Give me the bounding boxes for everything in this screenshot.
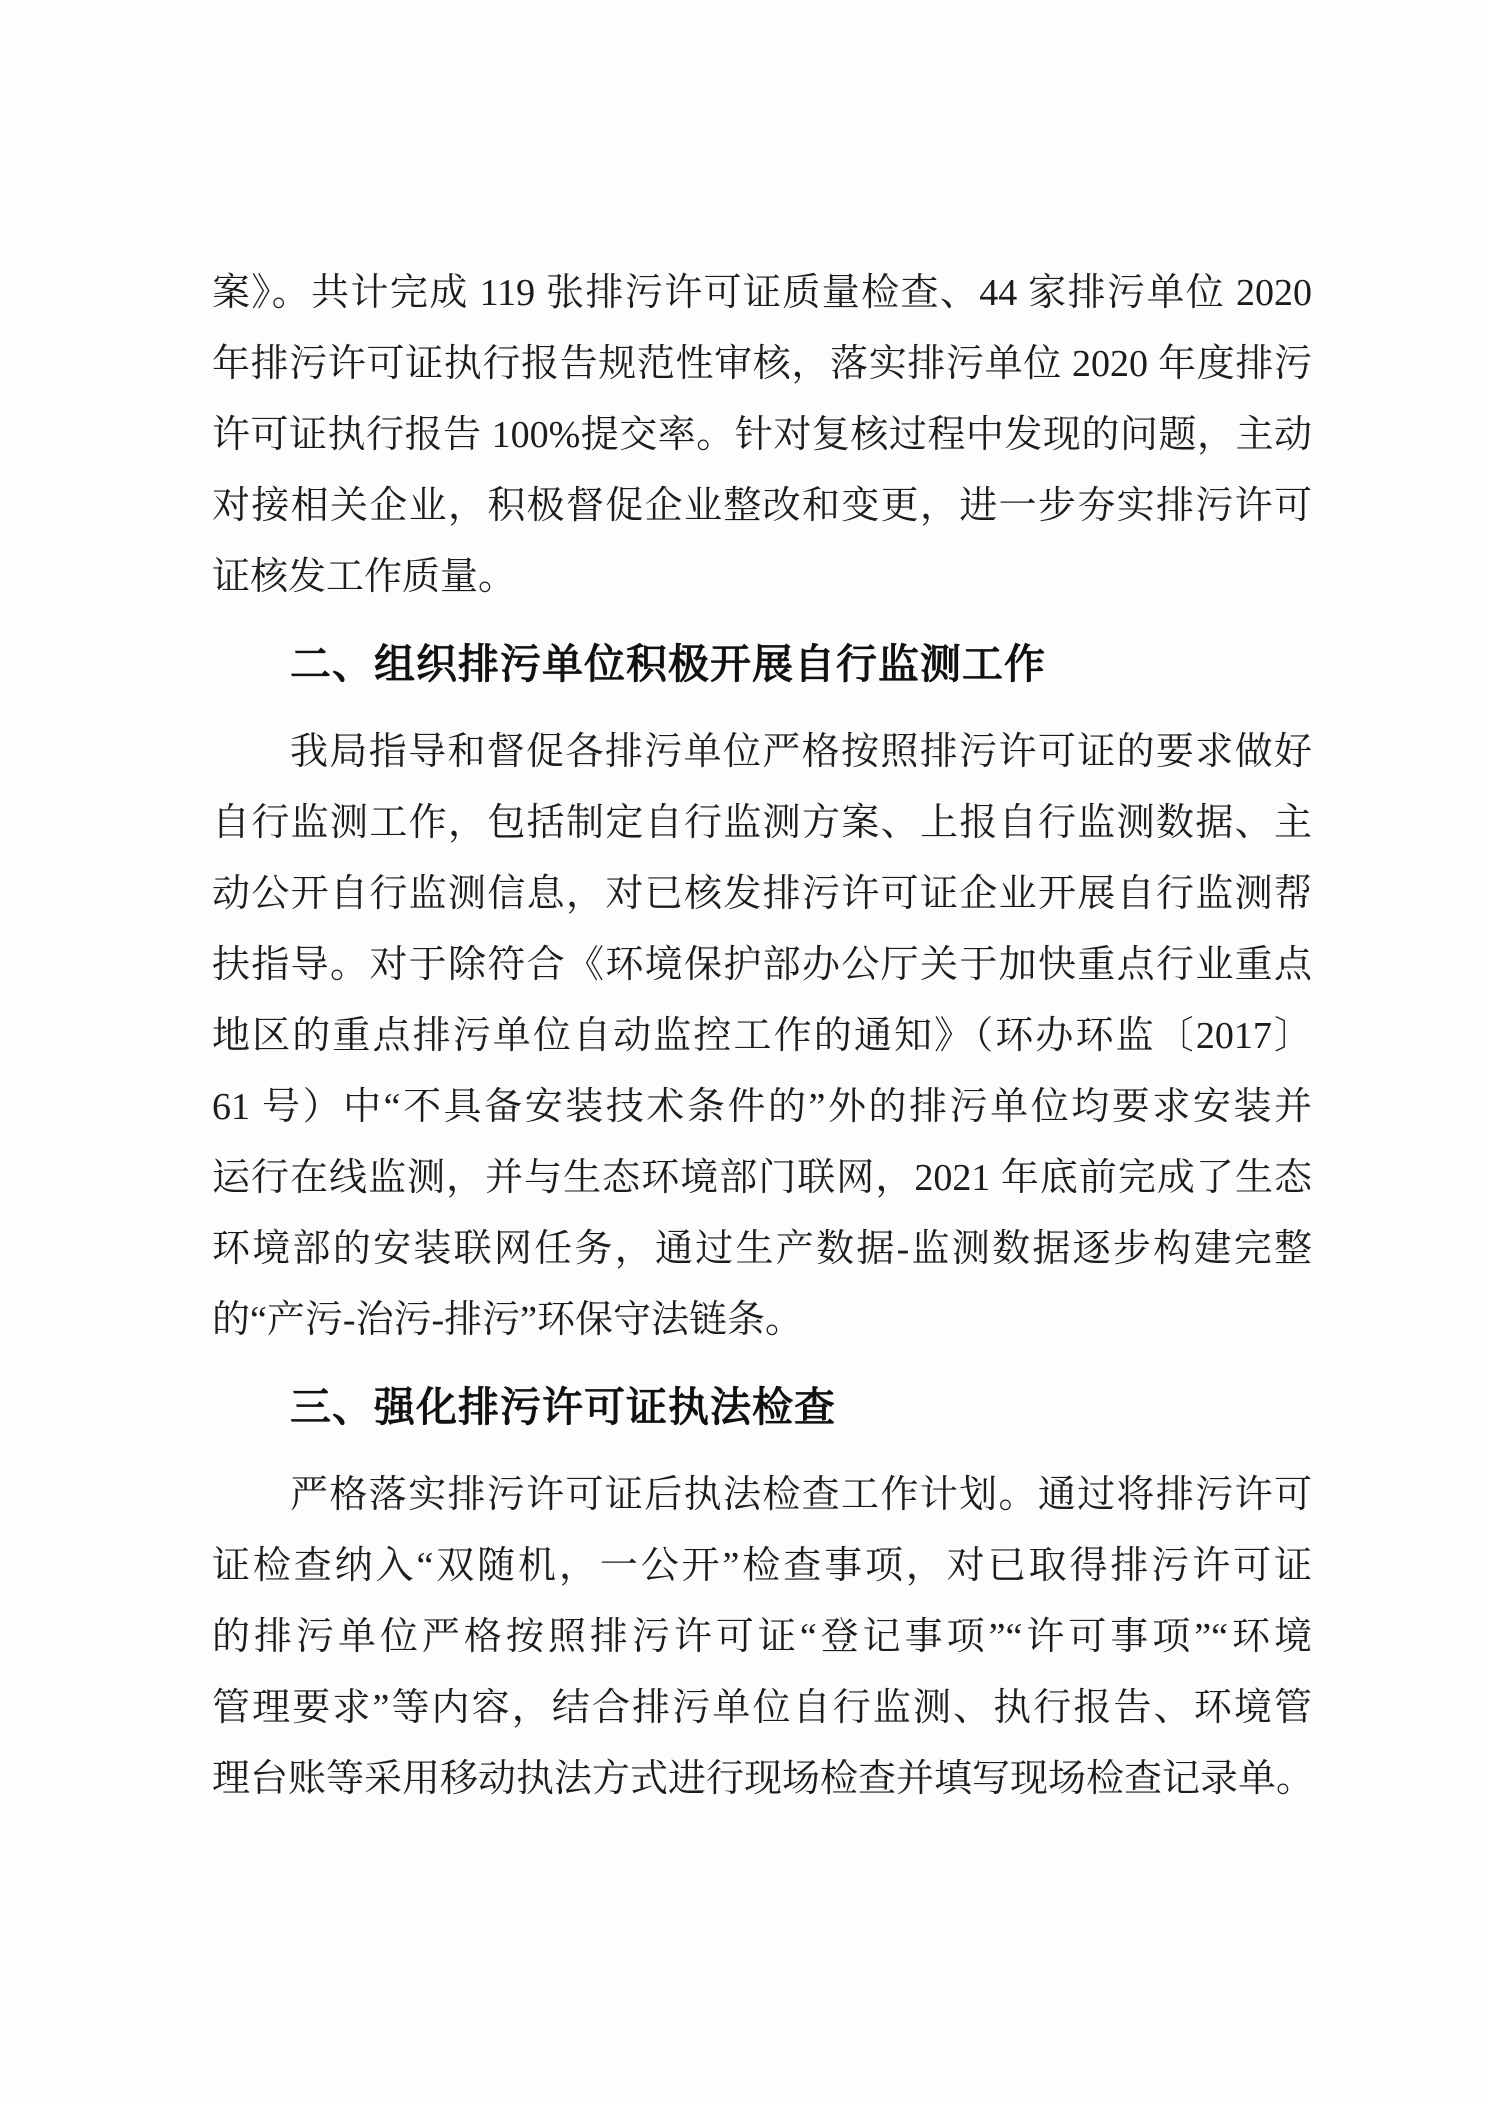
document-body: 案》。共计完成 119 张排污许可证质量检查、44 家排污单位 2020 年排污… xyxy=(212,258,1312,1815)
text-line: 证核发工作质量。 xyxy=(212,542,1312,613)
text-line: 严格落实排污许可证后执法检查工作计划。通过将排污许可 xyxy=(212,1460,1312,1531)
text-line: 我局指导和督促各排污单位严格按照排污许可证的要求做好 xyxy=(212,717,1312,788)
text-line: 61 号）中“不具备安装技术条件的”外的排污单位均要求安装并 xyxy=(212,1072,1312,1143)
text-line: 管理要求”等内容，结合排污单位自行监测、执行报告、环境管 xyxy=(212,1673,1312,1744)
text-line: 运行在线监测，并与生态环境部门联网，2021 年底前完成了生态 xyxy=(212,1143,1312,1214)
text-line: 许可证执行报告 100%提交率。针对复核过程中发现的问题，主动 xyxy=(212,400,1312,471)
text-line: 地区的重点排污单位自动监控工作的通知》（环办环监〔2017〕 xyxy=(212,1001,1312,1072)
text-line: 证检查纳入“双随机，一公开”检查事项，对已取得排污许可证 xyxy=(212,1531,1312,1602)
text-line: 环境部的安装联网任务，通过生产数据-监测数据逐步构建完整 xyxy=(212,1214,1312,1285)
text-line: 的排污单位严格按照排污许可证“登记事项”“许可事项”“环境 xyxy=(212,1602,1312,1673)
text-line: 对接相关企业，积极督促企业整改和变更，进一步夯实排污许可 xyxy=(212,471,1312,542)
text-line: 动公开自行监测信息，对已核发排污许可证企业开展自行监测帮 xyxy=(212,859,1312,930)
text-line: 年排污许可证执行报告规范性审核，落实排污单位 2020 年度排污 xyxy=(212,329,1312,400)
text-line: 理台账等采用移动执法方式进行现场检查并填写现场检查记录单。 xyxy=(212,1744,1312,1815)
document-page: 案》。共计完成 119 张排污许可证质量检查、44 家排污单位 2020 年排污… xyxy=(0,0,1487,2102)
section-heading-2: 二、组织排污单位积极开展自行监测工作 xyxy=(212,629,1312,700)
text-line: 自行监测工作，包括制定自行监测方案、上报自行监测数据、主 xyxy=(212,788,1312,859)
text-line: 的“产污-治污-排污”环保守法链条。 xyxy=(212,1285,1312,1356)
section-heading-3: 三、强化排污许可证执法检查 xyxy=(212,1372,1312,1443)
text-line: 扶指导。对于除符合《环境保护部办公厅关于加快重点行业重点 xyxy=(212,930,1312,1001)
text-line: 案》。共计完成 119 张排污许可证质量检查、44 家排污单位 2020 xyxy=(212,258,1312,329)
